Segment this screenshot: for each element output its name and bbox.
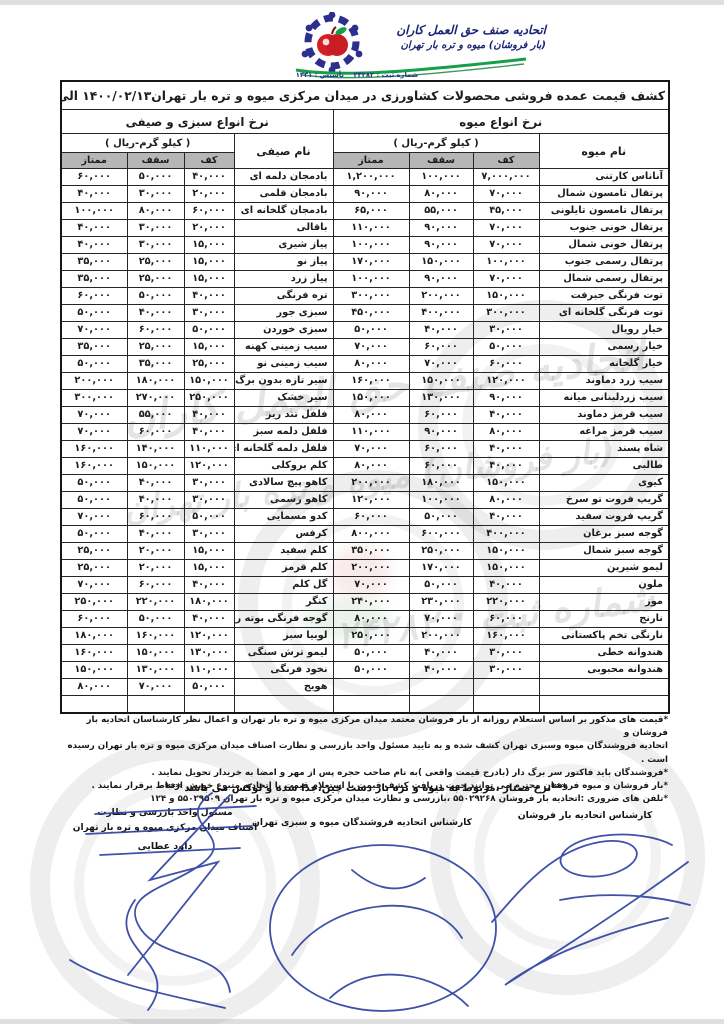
veg-floor-cell: ۲۰,۰۰۰ xyxy=(184,220,234,237)
fruit-ceiling-cell: ۱۵۰,۰۰۰ xyxy=(409,254,473,271)
table-row: پرتقال تامسون تایلونی۴۵,۰۰۰۵۵,۰۰۰۶۵,۰۰۰ب… xyxy=(61,203,669,220)
fruit-section-header: نرخ انواع میوه xyxy=(333,110,669,134)
veg-premium-cell: ۷۰,۰۰۰ xyxy=(61,407,127,424)
veg-ceiling-cell: ۶۰,۰۰۰ xyxy=(127,424,184,441)
fruit-floor-cell: ۸۰,۰۰۰ xyxy=(473,492,539,509)
fruit-floor-cell: ۵۰,۰۰۰ xyxy=(473,339,539,356)
fruit-name-cell: پرتقال خونی جنوب xyxy=(539,220,669,237)
veg-ceiling-cell: ۲۷۰,۰۰۰ xyxy=(127,390,184,407)
veg-ceiling-cell: ۲۵,۰۰۰ xyxy=(127,339,184,356)
fruit-floor-cell xyxy=(473,696,539,714)
fruit-ceiling-cell: ۲۵۰,۰۰۰ xyxy=(409,543,473,560)
veg-ceiling-cell: ۳۰,۰۰۰ xyxy=(127,220,184,237)
fruit-floor-cell: ۴۰,۰۰۰ xyxy=(473,577,539,594)
fruit-ceiling-cell: ۹۰,۰۰۰ xyxy=(409,220,473,237)
veg-name-cell: کرفس xyxy=(234,526,333,543)
fruit-floor-cell: ۳۰,۰۰۰ xyxy=(473,662,539,679)
veg-floor-cell: ۴۰,۰۰۰ xyxy=(184,407,234,424)
veg-ceiling-cell: ۳۵,۰۰۰ xyxy=(127,356,184,373)
veg-name-cell: پیاز زرد xyxy=(234,271,333,288)
veg-floor-cell: ۶۰,۰۰۰ xyxy=(184,203,234,220)
fruit-name-cell xyxy=(539,679,669,696)
veg-floor-cell: ۴۰,۰۰۰ xyxy=(184,288,234,305)
fruit-premium-header: ممتاز xyxy=(333,153,409,169)
fruit-premium-cell: ۱۲۰,۰۰۰ xyxy=(333,492,409,509)
fruit-premium-cell: ۷۰,۰۰۰ xyxy=(333,339,409,356)
veg-ceiling-cell: ۲۰,۰۰۰ xyxy=(127,560,184,577)
fruit-premium-cell: ۸۰,۰۰۰ xyxy=(333,356,409,373)
fruit-premium-cell: ۶۰,۰۰۰ xyxy=(333,509,409,526)
fruit-floor-cell: ۱۰۰,۰۰۰ xyxy=(473,254,539,271)
veg-floor-cell: ۱۵,۰۰۰ xyxy=(184,560,234,577)
veg-name-cell: پیاز نو xyxy=(234,254,333,271)
table-row: گریپ فروت تو سرخ۸۰,۰۰۰۱۰۰,۰۰۰۱۲۰,۰۰۰کاهو… xyxy=(61,492,669,509)
fruit-name-cell: نارنج xyxy=(539,611,669,628)
veg-ceiling-cell: ۶۰,۰۰۰ xyxy=(127,509,184,526)
table-row: هویج۵۰,۰۰۰۷۰,۰۰۰۸۰,۰۰۰ xyxy=(61,679,669,696)
scan-edge-bottom xyxy=(0,1019,724,1024)
fruit-ceiling-cell xyxy=(409,696,473,714)
veg-name-cell: لوبیا سبز xyxy=(234,628,333,645)
fruit-premium-cell: ۶۵,۰۰۰ xyxy=(333,203,409,220)
inspector-name: داود عطایی xyxy=(70,839,260,854)
veg-ceiling-cell: ۴۰,۰۰۰ xyxy=(127,526,184,543)
fruit-ceiling-cell: ۶۰,۰۰۰ xyxy=(409,407,473,424)
scan-edge-top xyxy=(0,0,724,5)
fruit-floor-cell: ۶۰,۰۰۰ xyxy=(473,611,539,628)
footnote-line: اتحادیه فروشندگان میوه وسبزی تهران کشف ش… xyxy=(64,740,668,766)
veg-premium-cell: ۷۰,۰۰۰ xyxy=(61,577,127,594)
veg-name-column-header: نام صیفی xyxy=(234,134,333,169)
veg-premium-cell: ۲۰۰,۰۰۰ xyxy=(61,373,127,390)
fruit-name-cell: گریپ فروت سفید xyxy=(539,509,669,526)
fruit-ceiling-cell: ۶۰۰,۰۰۰ xyxy=(409,526,473,543)
veg-ceiling-cell: ۳۰,۰۰۰ xyxy=(127,237,184,254)
fruit-premium-cell: ۲۵۰,۰۰۰ xyxy=(333,628,409,645)
veg-ceiling-cell: ۴۰,۰۰۰ xyxy=(127,305,184,322)
inspection-unit-line2: اصناف میدان مرکزی میوه و تره بار تهران xyxy=(70,821,260,836)
registration-line: شماره ثبت : ۲۴۲۸۲ تأسیس : ۱۳۳۱ xyxy=(292,71,422,79)
table-row: خیار رویال۳۰,۰۰۰۴۰,۰۰۰۵۰,۰۰۰سبزی خوردن۵۰… xyxy=(61,322,669,339)
fruit-floor-header: کف xyxy=(473,153,539,169)
fruit-floor-cell: ۸۰,۰۰۰ xyxy=(473,424,539,441)
veg-premium-cell: ۲۵۰,۰۰۰ xyxy=(61,594,127,611)
fruit-floor-cell: ۱۵۰,۰۰۰ xyxy=(473,543,539,560)
fruit-floor-cell: ۷,۰۰۰,۰۰۰ xyxy=(473,169,539,186)
fruit-ceiling-cell: ۱۳۰,۰۰۰ xyxy=(409,390,473,407)
fruit-floor-cell: ۷۰,۰۰۰ xyxy=(473,237,539,254)
fruit-name-cell: سیب زرد دماوند xyxy=(539,373,669,390)
org-name-line1: اتحادیه صنف حق العمل کاران xyxy=(396,22,546,38)
veg-ceiling-cell: ۶۰,۰۰۰ xyxy=(127,322,184,339)
veg-floor-cell: ۱۵,۰۰۰ xyxy=(184,254,234,271)
veg-premium-cell: ۷۰,۰۰۰ xyxy=(61,322,127,339)
fruit-name-cell: لیمو شیرین xyxy=(539,560,669,577)
fruit-premium-cell: ۱۱۰,۰۰۰ xyxy=(333,424,409,441)
signature-right-ink xyxy=(492,835,690,985)
veg-premium-cell: ۳۵,۰۰۰ xyxy=(61,271,127,288)
veg-premium-header: ممتاز xyxy=(61,153,127,169)
fruit-name-cell: هندوانه خطی xyxy=(539,645,669,662)
fruit-floor-cell: ۴۰,۰۰۰ xyxy=(473,407,539,424)
table-row: آناناس کارتنی۷,۰۰۰,۰۰۰۱۰۰,۰۰۰۱,۲۰۰,۰۰۰با… xyxy=(61,169,669,186)
fruit-name-cell: سیب زردلبنانی میانه xyxy=(539,390,669,407)
fruit-name-cell: نارنگی تخم پاکستانی xyxy=(539,628,669,645)
organization-name: اتحادیه صنف حق العمل کاران (بار فروشان) … xyxy=(396,22,546,53)
fruit-floor-cell: ۴۰,۰۰۰ xyxy=(473,509,539,526)
fruit-premium-cell xyxy=(333,696,409,714)
veg-ceiling-cell: ۵۵,۰۰۰ xyxy=(127,407,184,424)
fruit-floor-cell: ۱۵۰,۰۰۰ xyxy=(473,560,539,577)
fruit-name-cell: خیار رویال xyxy=(539,322,669,339)
fruit-name-cell: خیار رسمی xyxy=(539,339,669,356)
section-header-row: نرخ انواع میوه نرخ انواع سبزی و صیفی xyxy=(61,110,669,134)
table-row: نارنگی تخم پاکستانی۱۶۰,۰۰۰۲۰۰,۰۰۰۲۵۰,۰۰۰… xyxy=(61,628,669,645)
veg-premium-cell: ۶۰,۰۰۰ xyxy=(61,288,127,305)
fruit-ceiling-cell: ۴۰,۰۰۰ xyxy=(409,662,473,679)
table-row: سیب قرمز مراغه۸۰,۰۰۰۹۰,۰۰۰۱۱۰,۰۰۰فلفل دل… xyxy=(61,424,669,441)
fruit-premium-cell: ۳۰۰,۰۰۰ xyxy=(333,288,409,305)
fruit-premium-cell: ۱۱۰,۰۰۰ xyxy=(333,220,409,237)
veg-premium-cell: ۲۵,۰۰۰ xyxy=(61,560,127,577)
fruit-ceiling-cell: ۵۵,۰۰۰ xyxy=(409,203,473,220)
veg-ceiling-cell: ۲۵,۰۰۰ xyxy=(127,254,184,271)
veg-name-cell: فلفل دلمه سبز xyxy=(234,424,333,441)
fruit-premium-cell: ۳۵۰,۰۰۰ xyxy=(333,543,409,560)
veg-name-cell: سبزی خوردن xyxy=(234,322,333,339)
premium-grade-note: ***نرخ ممتاز ،مربوط به میوه و تره بار دس… xyxy=(64,783,668,794)
fruit-name-cell: گریپ فروت تو سرخ xyxy=(539,492,669,509)
fruit-premium-cell: ۱۰۰,۰۰۰ xyxy=(333,271,409,288)
table-row: هندوانه خطی۳۰,۰۰۰۴۰,۰۰۰۵۰,۰۰۰لیمو ترش سن… xyxy=(61,645,669,662)
fruit-premium-cell: ۲۰۰,۰۰۰ xyxy=(333,475,409,492)
veg-name-cell: فلفل دلمه گلخانه ای xyxy=(234,441,333,458)
footnote-line: *قیمت های مذکور بر اساس استعلام روزانه ا… xyxy=(64,714,668,740)
veg-premium-cell: ۶۰,۰۰۰ xyxy=(61,611,127,628)
fruit-floor-cell: ۱۵۰,۰۰۰ xyxy=(473,475,539,492)
veg-ceiling-cell: ۳۰,۰۰۰ xyxy=(127,186,184,203)
fruit-premium-cell: ۵۰,۰۰۰ xyxy=(333,662,409,679)
fruit-name-cell: موز xyxy=(539,594,669,611)
veg-floor-cell: ۱۲۰,۰۰۰ xyxy=(184,458,234,475)
table-row: پرتقال خونی شمال۷۰,۰۰۰۹۰,۰۰۰۱۰۰,۰۰۰پیاز … xyxy=(61,237,669,254)
fruit-premium-cell: ۲۴۰,۰۰۰ xyxy=(333,594,409,611)
veg-name-cell: کاهو پیچ سالادی xyxy=(234,475,333,492)
table-row: سیب زرد دماوند۱۲۰,۰۰۰۱۵۰,۰۰۰۱۶۰,۰۰۰سیر ت… xyxy=(61,373,669,390)
veg-floor-cell: ۱۵,۰۰۰ xyxy=(184,237,234,254)
table-row: گوجه سبز شمال۱۵۰,۰۰۰۲۵۰,۰۰۰۳۵۰,۰۰۰کلم سف… xyxy=(61,543,669,560)
veg-name-cell: کنگر xyxy=(234,594,333,611)
fruit-name-cell: آناناس کارتنی xyxy=(539,169,669,186)
veg-name-cell: لیمو ترش سنگی xyxy=(234,645,333,662)
veg-name-cell: کاهو رسمی xyxy=(234,492,333,509)
fruit-floor-cell: ۹۰,۰۰۰ xyxy=(473,390,539,407)
table-row: کیوی۱۵۰,۰۰۰۱۸۰,۰۰۰۲۰۰,۰۰۰کاهو پیچ سالادی… xyxy=(61,475,669,492)
veg-floor-cell: ۱۵,۰۰۰ xyxy=(184,339,234,356)
veg-premium-cell: ۸۰,۰۰۰ xyxy=(61,679,127,696)
veg-floor-cell: ۱۳۰,۰۰۰ xyxy=(184,645,234,662)
veg-floor-cell: ۴۰,۰۰۰ xyxy=(184,169,234,186)
fruit-ceiling-cell xyxy=(409,679,473,696)
veg-premium-cell: ۵۰,۰۰۰ xyxy=(61,492,127,509)
fruit-ceiling-cell: ۵۰,۰۰۰ xyxy=(409,509,473,526)
veg-premium-cell: ۳۰۰,۰۰۰ xyxy=(61,390,127,407)
fruit-ceiling-cell: ۹۰,۰۰۰ xyxy=(409,237,473,254)
veg-premium-cell: ۵۰,۰۰۰ xyxy=(61,475,127,492)
fruit-premium-cell: ۸۰,۰۰۰ xyxy=(333,407,409,424)
veg-floor-cell: ۴۰,۰۰۰ xyxy=(184,611,234,628)
veg-premium-cell: ۱۵۰,۰۰۰ xyxy=(61,662,127,679)
fruit-name-column-header: نام میوه xyxy=(539,134,669,169)
veg-floor-cell: ۱۲۰,۰۰۰ xyxy=(184,628,234,645)
veg-premium-cell: ۳۵,۰۰۰ xyxy=(61,339,127,356)
veg-name-cell: کلم سفید xyxy=(234,543,333,560)
veg-premium-cell: ۵۰,۰۰۰ xyxy=(61,305,127,322)
fruit-ceiling-cell: ۴۰۰,۰۰۰ xyxy=(409,305,473,322)
table-row: پرتقال تامسون شمال۷۰,۰۰۰۸۰,۰۰۰۹۰,۰۰۰بادم… xyxy=(61,186,669,203)
veg-ceiling-cell: ۵۰,۰۰۰ xyxy=(127,169,184,186)
veg-name-cell: تره فرنگی xyxy=(234,288,333,305)
fruit-name-cell: سیب قرمز دماوند xyxy=(539,407,669,424)
table-row: خیار گلخانه۶۰,۰۰۰۷۰,۰۰۰۸۰,۰۰۰سیب زمینی ن… xyxy=(61,356,669,373)
fruit-floor-cell: ۴۵,۰۰۰ xyxy=(473,203,539,220)
table-row: گوجه سبز برغان۴۰۰,۰۰۰۶۰۰,۰۰۰۸۰۰,۰۰۰کرفس۳… xyxy=(61,526,669,543)
fruit-premium-cell: ۴۵۰,۰۰۰ xyxy=(333,305,409,322)
veg-ceiling-cell xyxy=(127,696,184,714)
veg-premium-cell: ۷۰,۰۰۰ xyxy=(61,424,127,441)
fruit-ceiling-cell: ۲۳۰,۰۰۰ xyxy=(409,594,473,611)
veg-premium-cell: ۱۶۰,۰۰۰ xyxy=(61,458,127,475)
veg-floor-cell xyxy=(184,696,234,714)
fruit-name-cell: پرتقال تامسون شمال xyxy=(539,186,669,203)
fruit-name-cell: هندوانه محبوبی xyxy=(539,662,669,679)
veg-name-cell: سبزی جور xyxy=(234,305,333,322)
fruit-floor-cell: ۷۰,۰۰۰ xyxy=(473,220,539,237)
fruit-unit-label: ( کیلو گرم-ریال ) xyxy=(333,134,539,153)
veg-premium-cell: ۲۵,۰۰۰ xyxy=(61,543,127,560)
veg-ceiling-cell: ۲۵,۰۰۰ xyxy=(127,271,184,288)
veg-ceiling-cell: ۴۰,۰۰۰ xyxy=(127,492,184,509)
veg-name-cell: بادمجان قلمی xyxy=(234,186,333,203)
table-row: پرتقال رسمی جنوب۱۰۰,۰۰۰۱۵۰,۰۰۰۱۷۰,۰۰۰پیا… xyxy=(61,254,669,271)
veg-ceiling-cell: ۲۰,۰۰۰ xyxy=(127,543,184,560)
fruit-floor-cell: ۳۰,۰۰۰ xyxy=(473,645,539,662)
table-title-row: کشف قیمت عمده فروشی محصولات کشاورزی در م… xyxy=(61,81,669,110)
fruit-name-cell: خیار گلخانه xyxy=(539,356,669,373)
veg-name-cell xyxy=(234,696,333,714)
veg-ceiling-cell: ۷۰,۰۰۰ xyxy=(127,679,184,696)
table-row: طالبی۴۰,۰۰۰۶۰,۰۰۰۸۰,۰۰۰کلم بروکلی۱۲۰,۰۰۰… xyxy=(61,458,669,475)
fruit-premium-cell: ۱۵۰,۰۰۰ xyxy=(333,390,409,407)
veg-section-header: نرخ انواع سبزی و صیفی xyxy=(61,110,333,134)
fruit-name-cell: کیوی xyxy=(539,475,669,492)
veg-premium-cell: ۶۰,۰۰۰ xyxy=(61,169,127,186)
fruit-ceiling-cell: ۴۰,۰۰۰ xyxy=(409,322,473,339)
fruit-floor-cell: ۴۰,۰۰۰ xyxy=(473,458,539,475)
fruit-floor-cell: ۲۲۰,۰۰۰ xyxy=(473,594,539,611)
fruit-ceiling-cell: ۹۰,۰۰۰ xyxy=(409,271,473,288)
fruit-ceiling-cell: ۱۷۰,۰۰۰ xyxy=(409,560,473,577)
fruit-name-cell: پرتقال تامسون تایلونی xyxy=(539,203,669,220)
fruit-name-cell: گوجه سبز شمال xyxy=(539,543,669,560)
veg-name-cell: کلم قرمز xyxy=(234,560,333,577)
fruit-premium-cell: ۲۰۰,۰۰۰ xyxy=(333,560,409,577)
veg-name-cell: کلم بروکلی xyxy=(234,458,333,475)
registration-number: شماره ثبت : ۲۴۲۸۲ xyxy=(353,71,418,79)
veg-name-cell: نخود فرنگی xyxy=(234,662,333,679)
fruit-ceiling-cell: ۹۰,۰۰۰ xyxy=(409,424,473,441)
fruit-floor-cell: ۱۶۰,۰۰۰ xyxy=(473,628,539,645)
veg-floor-cell: ۱۱۰,۰۰۰ xyxy=(184,441,234,458)
signature-center-ink xyxy=(270,845,496,1011)
veg-name-cell: سیب زمینی نو xyxy=(234,356,333,373)
table-row: ملون۴۰,۰۰۰۵۰,۰۰۰۷۰,۰۰۰گل کلم۴۰,۰۰۰۶۰,۰۰۰… xyxy=(61,577,669,594)
fruit-name-cell: ملون xyxy=(539,577,669,594)
veg-floor-cell: ۱۵۰,۰۰۰ xyxy=(184,373,234,390)
fruit-name-cell: توت فرنگی جیرفت xyxy=(539,288,669,305)
veg-ceiling-cell: ۱۵۰,۰۰۰ xyxy=(127,645,184,662)
fruit-name-cell: پرتقال رسمی جنوب xyxy=(539,254,669,271)
fruit-ceiling-cell: ۶۰,۰۰۰ xyxy=(409,441,473,458)
veg-floor-cell: ۳۰,۰۰۰ xyxy=(184,475,234,492)
veg-name-cell: پیاز شیری xyxy=(234,237,333,254)
veg-name-cell: فلفل تند ریز xyxy=(234,407,333,424)
fruit-floor-cell: ۷۰,۰۰۰ xyxy=(473,186,539,203)
fruit-ceiling-cell: ۲۰۰,۰۰۰ xyxy=(409,628,473,645)
veg-name-cell: بادمجان دلمه ای xyxy=(234,169,333,186)
veg-premium-cell: ۵۰,۰۰۰ xyxy=(61,356,127,373)
fruit-premium-cell: ۸۰,۰۰۰ xyxy=(333,611,409,628)
table-row: خیار رسمی۵۰,۰۰۰۶۰,۰۰۰۷۰,۰۰۰سیب زمینی کهن… xyxy=(61,339,669,356)
table-row: موز۲۲۰,۰۰۰۲۳۰,۰۰۰۲۴۰,۰۰۰کنگر۱۸۰,۰۰۰۲۲۰,۰… xyxy=(61,594,669,611)
fruit-ceiling-cell: ۶۰,۰۰۰ xyxy=(409,339,473,356)
fruit-floor-cell: ۴۰,۰۰۰ xyxy=(473,441,539,458)
veg-ceiling-cell: ۱۶۰,۰۰۰ xyxy=(127,628,184,645)
fruit-ceiling-cell: ۷۰,۰۰۰ xyxy=(409,611,473,628)
fruit-name-cell xyxy=(539,696,669,714)
fruit-name-cell: شاه پسند xyxy=(539,441,669,458)
veg-name-cell: گوجه فرنگی بوته رس xyxy=(234,611,333,628)
fruit-floor-cell: ۳۰۰,۰۰۰ xyxy=(473,305,539,322)
signature-title-fruit-sellers-union: کارشناس اتحادیه فروشندگان میوه و سبزی ته… xyxy=(252,818,472,828)
veg-floor-cell: ۵۰,۰۰۰ xyxy=(184,509,234,526)
fruit-premium-cell: ۱,۲۰۰,۰۰۰ xyxy=(333,169,409,186)
fruit-premium-cell: ۵۰,۰۰۰ xyxy=(333,645,409,662)
table-row: پرتقال خونی جنوب۷۰,۰۰۰۹۰,۰۰۰۱۱۰,۰۰۰باقال… xyxy=(61,220,669,237)
fruit-floor-cell: ۶۰,۰۰۰ xyxy=(473,356,539,373)
fruit-floor-cell: ۴۰۰,۰۰۰ xyxy=(473,526,539,543)
veg-floor-cell: ۳۰,۰۰۰ xyxy=(184,492,234,509)
establishment-year: تأسیس : ۱۳۳۱ xyxy=(296,71,344,79)
veg-floor-cell: ۴۰,۰۰۰ xyxy=(184,424,234,441)
fruit-floor-cell: ۷۰,۰۰۰ xyxy=(473,271,539,288)
table-row: توت فرنگی گلخانه ای۳۰۰,۰۰۰۴۰۰,۰۰۰۴۵۰,۰۰۰… xyxy=(61,305,669,322)
fruit-floor-cell: ۱۵۰,۰۰۰ xyxy=(473,288,539,305)
org-name-line2: (بار فروشان) میوه و تره بار تهران xyxy=(396,38,546,53)
veg-floor-cell: ۵۰,۰۰۰ xyxy=(184,679,234,696)
veg-name-cell: باقالی xyxy=(234,220,333,237)
veg-ceiling-cell: ۱۵۰,۰۰۰ xyxy=(127,458,184,475)
fruit-ceiling-cell: ۱۰۰,۰۰۰ xyxy=(409,169,473,186)
fruit-premium-cell: ۱۶۰,۰۰۰ xyxy=(333,373,409,390)
fruit-premium-cell: ۸۰,۰۰۰ xyxy=(333,458,409,475)
fruit-ceiling-cell: ۱۰۰,۰۰۰ xyxy=(409,492,473,509)
veg-floor-cell: ۱۸۰,۰۰۰ xyxy=(184,594,234,611)
veg-premium-cell: ۱۰۰,۰۰۰ xyxy=(61,203,127,220)
veg-floor-cell: ۳۰,۰۰۰ xyxy=(184,526,234,543)
fruit-ceiling-cell: ۱۸۰,۰۰۰ xyxy=(409,475,473,492)
veg-floor-header: کف xyxy=(184,153,234,169)
fruit-ceiling-cell: ۱۵۰,۰۰۰ xyxy=(409,373,473,390)
table-row: هندوانه محبوبی۳۰,۰۰۰۴۰,۰۰۰۵۰,۰۰۰نخود فرن… xyxy=(61,662,669,679)
table-row: لیمو شیرین۱۵۰,۰۰۰۱۷۰,۰۰۰۲۰۰,۰۰۰کلم قرمز۱… xyxy=(61,560,669,577)
table-row: گریپ فروت سفید۴۰,۰۰۰۵۰,۰۰۰۶۰,۰۰۰کدو مسما… xyxy=(61,509,669,526)
veg-premium-cell: ۳۵,۰۰۰ xyxy=(61,254,127,271)
veg-name-cell: سیر تازه بدون برگ xyxy=(234,373,333,390)
fruit-name-cell: توت فرنگی گلخانه ای xyxy=(539,305,669,322)
table-row: شاه پسند۴۰,۰۰۰۶۰,۰۰۰۷۰,۰۰۰فلفل دلمه گلخا… xyxy=(61,441,669,458)
signature-title-inspection-unit: مسئول واحد بازرسی و نظارت اصناف میدان مر… xyxy=(70,806,260,854)
footnote-line: *تلفن های ضروری :اتحادیه بار فروشان ۵۵۰۲… xyxy=(64,793,668,806)
veg-floor-cell: ۲۰,۰۰۰ xyxy=(184,186,234,203)
fruit-name-cell: طالبی xyxy=(539,458,669,475)
fruit-ceiling-cell: ۴۰,۰۰۰ xyxy=(409,645,473,662)
fruit-name-cell: پرتقال خونی شمال xyxy=(539,237,669,254)
fruit-premium-cell: ۱۰۰,۰۰۰ xyxy=(333,237,409,254)
veg-name-cell: سیب زمینی کهنه xyxy=(234,339,333,356)
signature-title-barforooshan: کارشناس اتحادیه بار فروشان xyxy=(478,810,692,821)
fruit-premium-cell: ۸۰۰,۰۰۰ xyxy=(333,526,409,543)
veg-ceiling-cell: ۵۰,۰۰۰ xyxy=(127,288,184,305)
fruit-ceiling-cell: ۲۰۰,۰۰۰ xyxy=(409,288,473,305)
veg-floor-cell: ۳۰,۰۰۰ xyxy=(184,305,234,322)
veg-ceiling-cell: ۱۴۰,۰۰۰ xyxy=(127,441,184,458)
document-title: کشف قیمت عمده فروشی محصولات کشاورزی در م… xyxy=(61,81,669,110)
veg-floor-cell: ۱۵,۰۰۰ xyxy=(184,543,234,560)
footnote-line: *فروشندگان باید فاکتور سر برگ دار (بادرج… xyxy=(64,767,668,780)
veg-ceiling-cell: ۵۰,۰۰۰ xyxy=(127,611,184,628)
table-row: سیب زردلبنانی میانه۹۰,۰۰۰۱۳۰,۰۰۰۱۵۰,۰۰۰س… xyxy=(61,390,669,407)
fruit-name-cell: گوجه سبز برغان xyxy=(539,526,669,543)
veg-unit-label: ( کیلو گرم-ریال ) xyxy=(61,134,234,153)
table-row: پرتقال رسمی شمال۷۰,۰۰۰۹۰,۰۰۰۱۰۰,۰۰۰پیاز … xyxy=(61,271,669,288)
veg-ceiling-cell: ۶۰,۰۰۰ xyxy=(127,577,184,594)
fruit-floor-cell: ۱۲۰,۰۰۰ xyxy=(473,373,539,390)
table-row: سیب قرمز دماوند۴۰,۰۰۰۶۰,۰۰۰۸۰,۰۰۰فلفل تن… xyxy=(61,407,669,424)
fruit-premium-cell: ۱۷۰,۰۰۰ xyxy=(333,254,409,271)
table-row: نارنج۶۰,۰۰۰۷۰,۰۰۰۸۰,۰۰۰گوجه فرنگی بوته ر… xyxy=(61,611,669,628)
veg-name-cell: کدو مسمایی xyxy=(234,509,333,526)
fruit-name-cell: پرتقال رسمی شمال xyxy=(539,271,669,288)
fruit-premium-cell: ۷۰,۰۰۰ xyxy=(333,441,409,458)
unit-header-row: نام میوه ( کیلو گرم-ریال ) نام صیفی ( کی… xyxy=(61,134,669,153)
veg-premium-cell: ۴۰,۰۰۰ xyxy=(61,237,127,254)
veg-premium-cell: ۴۰,۰۰۰ xyxy=(61,186,127,203)
table-row: توت فرنگی جیرفت۱۵۰,۰۰۰۲۰۰,۰۰۰۳۰۰,۰۰۰تره … xyxy=(61,288,669,305)
veg-name-cell: سیر خشک xyxy=(234,390,333,407)
fruit-premium-cell: ۹۰,۰۰۰ xyxy=(333,186,409,203)
veg-premium-cell: ۱۸۰,۰۰۰ xyxy=(61,628,127,645)
veg-premium-cell xyxy=(61,696,127,714)
table-row xyxy=(61,696,669,714)
fruit-ceiling-cell: ۵۰,۰۰۰ xyxy=(409,577,473,594)
veg-floor-cell: ۲۵,۰۰۰ xyxy=(184,356,234,373)
inspection-unit-line1: مسئول واحد بازرسی و نظارت xyxy=(70,806,260,821)
veg-ceiling-cell: ۱۳۰,۰۰۰ xyxy=(127,662,184,679)
veg-ceiling-header: سقف xyxy=(127,153,184,169)
veg-floor-cell: ۱۵,۰۰۰ xyxy=(184,271,234,288)
veg-premium-cell: ۱۶۰,۰۰۰ xyxy=(61,441,127,458)
